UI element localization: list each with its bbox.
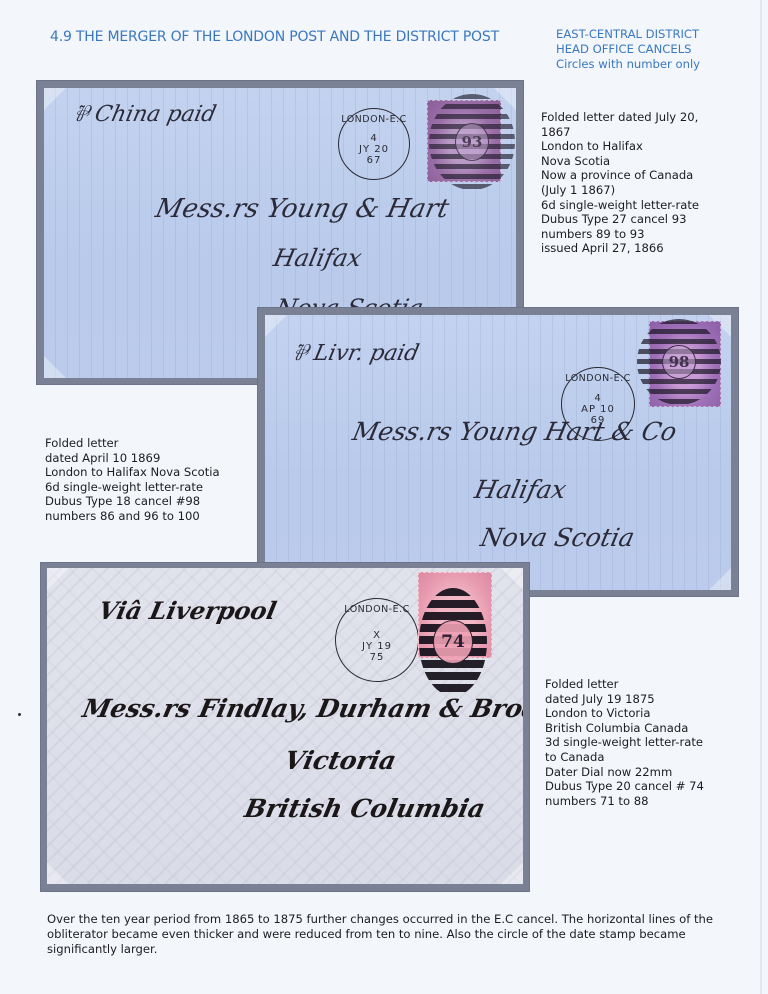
note-line: Dater Dial now 22mm (545, 765, 704, 780)
date-stamp-postmark: LONDON-E.C 4 AP 10 69 (561, 367, 635, 441)
note-line: London to Victoria (545, 706, 704, 721)
cover-1875-mount: Viâ Liverpool Mess.rs Findlay, Durham & … (40, 562, 530, 892)
mount-corner (709, 568, 731, 590)
postmark-date: JY 19 (362, 641, 392, 652)
postmark-year: 69 (591, 415, 606, 426)
note-line: issued April 27, 1866 (541, 241, 699, 256)
page-title: 4.9 THE MERGER OF THE LONDON POST AND TH… (50, 29, 499, 45)
mount-corner (47, 862, 69, 884)
subtitle-line: Circles with number only (556, 57, 700, 72)
note-line: Folded letter dated July 20, (541, 110, 699, 125)
numeral-obliterator: 74 (419, 588, 487, 696)
note-line: 6d single-weight letter-rate (45, 480, 220, 495)
postmark-code: 4 (594, 393, 601, 404)
cover-1869: ⅌ Livr. paid Mess.rs Young Hart & Co Hal… (265, 315, 731, 590)
note-line: numbers 86 and 96 to 100 (45, 509, 220, 524)
postmark-town: LONDON-E.C (339, 114, 409, 125)
note-line: Folded letter (45, 436, 220, 451)
route-endorsement: ⅌ China paid (71, 98, 219, 128)
route-endorsement: Viâ Liverpool (96, 596, 279, 625)
postmark-date: JY 20 (359, 144, 389, 155)
note-line: Now a province of Canada (541, 168, 699, 183)
postmark-year: 67 (367, 155, 382, 166)
obliterator-number: 98 (662, 345, 696, 380)
note-line: London to Halifax Nova Scotia (45, 465, 220, 480)
obliterator-number: 93 (455, 123, 490, 161)
cover-1869-description: Folded letter dated April 10 1869 London… (45, 436, 220, 524)
numeral-obliterator: 93 (429, 94, 515, 190)
address-line: Mess.rs Findlay, Durham & Brodie (80, 694, 523, 723)
note-line: Folded letter (545, 677, 704, 692)
note-line: dated July 19 1875 (545, 692, 704, 707)
note-line: to Canada (545, 750, 704, 765)
note-line: 3d single-weight letter-rate (545, 735, 704, 750)
mount-corner (44, 88, 66, 110)
address-line: Halifax (271, 244, 364, 272)
cover-1875: Viâ Liverpool Mess.rs Findlay, Durham & … (47, 568, 523, 884)
cover-1867-description: Folded letter dated July 20, 1867 London… (541, 110, 699, 256)
cover-1869-mount: ⅌ Livr. paid Mess.rs Young Hart & Co Hal… (257, 307, 739, 597)
postmark-year: 75 (370, 652, 385, 663)
note-line: Dubus Type 18 cancel #98 (45, 494, 220, 509)
numeral-obliterator: 98 (637, 319, 721, 405)
mount-corner (501, 862, 523, 884)
note-line: dated April 10 1869 (45, 451, 220, 466)
date-stamp-postmark: LONDON-E.C X JY 19 75 (335, 598, 419, 682)
note-line: Dubus Type 27 cancel 93 (541, 212, 699, 227)
date-stamp-postmark: LONDON-E.C 4 JY 20 67 (338, 108, 410, 180)
note-line: (July 1 1867) (541, 183, 699, 198)
address-line: British Columbia (242, 794, 488, 823)
note-line: Dubus Type 20 cancel # 74 (545, 779, 704, 794)
postmark-town: LONDON-E.C (336, 604, 418, 615)
postmark-date: AP 10 (581, 404, 615, 415)
address-line: Victoria (282, 746, 399, 775)
mount-corner (44, 356, 66, 378)
address-line: Halifax (472, 475, 569, 504)
obliterator-number: 74 (433, 620, 473, 663)
cover-1875-description: Folded letter dated July 19 1875 London … (545, 677, 704, 808)
note-line: numbers 89 to 93 (541, 227, 699, 242)
postmark-town: LONDON-E.C (562, 373, 634, 384)
postmark-code: X (373, 630, 381, 641)
page-subtitle: EAST-CENTRAL DISTRICT HEAD OFFICE CANCEL… (556, 27, 700, 72)
subtitle-line: HEAD OFFICE CANCELS (556, 42, 700, 57)
note-line: numbers 71 to 88 (545, 794, 704, 809)
paper-speck (18, 713, 21, 716)
note-line: London to Halifax (541, 139, 699, 154)
note-line: British Columbia Canada (545, 721, 704, 736)
note-line: Nova Scotia (541, 154, 699, 169)
route-endorsement: ⅌ Livr. paid (290, 337, 422, 367)
subtitle-line: EAST-CENTRAL DISTRICT (556, 27, 700, 42)
mount-corner (501, 568, 523, 590)
note-line: 1867 (541, 125, 699, 140)
page-edge (760, 0, 762, 994)
note-line: 6d single-weight letter-rate (541, 198, 699, 213)
mount-corner (47, 568, 69, 590)
address-line: Mess.rs Young & Hart (153, 194, 452, 224)
address-line: Nova Scotia (478, 523, 637, 552)
mount-corner (265, 315, 287, 337)
footer-summary: Over the ten year period from 1865 to 18… (47, 912, 737, 957)
postmark-code: 4 (370, 133, 377, 144)
